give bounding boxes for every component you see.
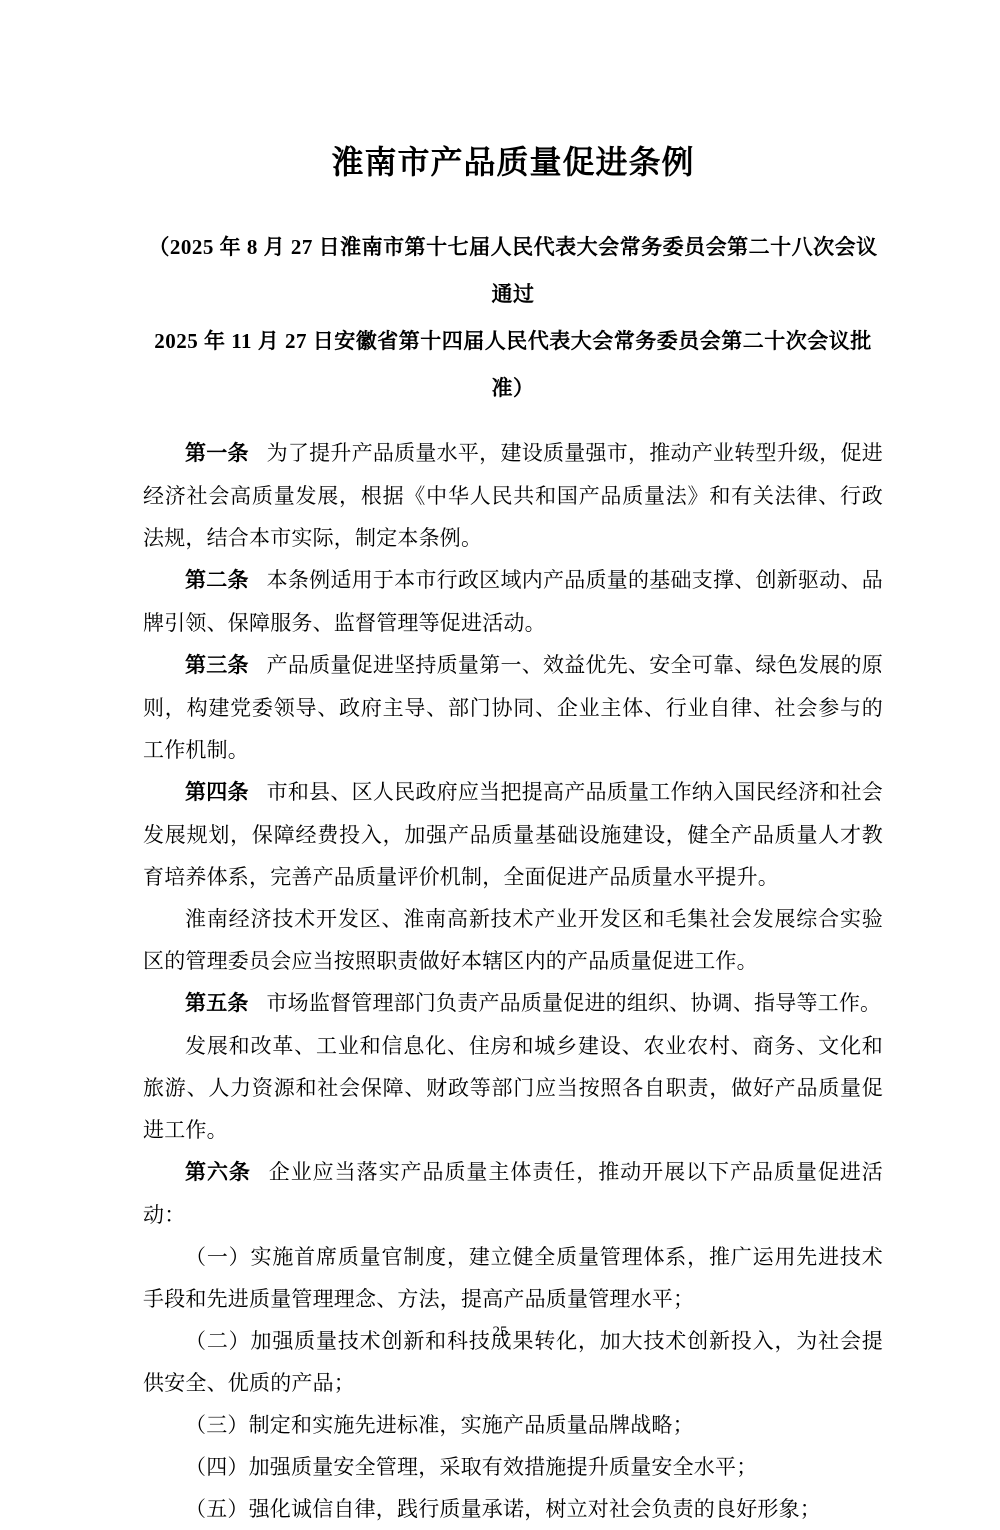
paragraph-article-4-cont: 淮南经济技术开发区、淮南高新技术产业开发区和毛集社会发展综合实验区的管理委员会应…: [143, 898, 883, 982]
article-number: 第二条: [185, 569, 249, 592]
adoption-note-line2: 2025 年 11 月 27 日安徽省第十四届人民代表大会常务委员会第二十次会议…: [143, 318, 883, 412]
paragraph-text: 市场监督管理部门负责产品质量促进的组织、协调、指导等工作。: [266, 991, 881, 1015]
paragraph-item-1: （一）实施首席质量官制度，建立健全质量管理体系，推广运用先进技术手段和先进质量管…: [143, 1236, 883, 1320]
paragraph-item-5: （五）强化诚信自律，践行质量承诺，树立对社会负责的良好形象；: [143, 1488, 883, 1530]
paragraph-text: 淮南经济技术开发区、淮南高新技术产业开发区和毛集社会发展综合实验区的管理委员会应…: [143, 907, 883, 973]
paragraph-item-4: （四）加强质量安全管理，采取有效措施提升质量安全水平；: [143, 1446, 883, 1488]
document-title: 淮南市产品质量促进条例: [143, 0, 883, 184]
paragraph-article-2: 第二条本条例适用于本市行政区域内产品质量的基础支撑、创新驱动、品牌引领、保障服务…: [143, 559, 883, 644]
article-number: 第六条: [185, 1161, 251, 1184]
paragraph-item-3: （三）制定和实施先进标准，实施产品质量品牌战略；: [143, 1404, 883, 1446]
paragraph-article-4: 第四条市和县、区人民政府应当把提高产品质量工作纳入国民经济和社会发展规划，保障经…: [143, 771, 883, 898]
article-number: 第五条: [185, 992, 249, 1015]
paragraph-text: 为了提升产品质量水平，建设质量强市，推动产业转型升级，促进经济社会高质量发展，根…: [143, 441, 883, 550]
paragraph-article-1: 第一条为了提升产品质量水平，建设质量强市，推动产业转型升级，促进经济社会高质量发…: [143, 432, 883, 559]
page-number: 25: [0, 1322, 1000, 1342]
article-number: 第四条: [185, 781, 249, 804]
text-block: 淮南市产品质量促进条例 （2025 年 8 月 27 日淮南市第十七届人民代表大…: [143, 0, 883, 1530]
article-number: 第三条: [185, 654, 249, 677]
document-page: 淮南市产品质量促进条例 （2025 年 8 月 27 日淮南市第十七届人民代表大…: [0, 0, 1000, 1415]
paragraph-text: （一）实施首席质量官制度，建立健全质量管理体系，推广运用先进技术手段和先进质量管…: [143, 1245, 883, 1311]
paragraph-text: 产品质量促进坚持质量第一、效益优先、安全可靠、绿色发展的原则，构建党委领导、政府…: [143, 653, 883, 762]
paragraph-article-5: 第五条市场监督管理部门负责产品质量促进的组织、协调、指导等工作。: [143, 982, 883, 1025]
paragraph-text: 发展和改革、工业和信息化、住房和城乡建设、农业农村、商务、文化和旅游、人力资源和…: [143, 1034, 883, 1142]
paragraph-text: 本条例适用于本市行政区域内产品质量的基础支撑、创新驱动、品牌引领、保障服务、监督…: [143, 568, 883, 635]
paragraph-text: 市和县、区人民政府应当把提高产品质量工作纳入国民经济和社会发展规划，保障经费投入…: [143, 780, 883, 889]
article-number: 第一条: [185, 442, 249, 465]
paragraph-text: （四）加强质量安全管理，采取有效措施提升质量安全水平；: [185, 1455, 757, 1479]
paragraph-article-5-cont: 发展和改革、工业和信息化、住房和城乡建设、农业农村、商务、文化和旅游、人力资源和…: [143, 1025, 883, 1151]
adoption-note-line1: （2025 年 8 月 27 日淮南市第十七届人民代表大会常务委员会第二十八次会…: [143, 224, 883, 318]
paragraph-article-3: 第三条产品质量促进坚持质量第一、效益优先、安全可靠、绿色发展的原则，构建党委领导…: [143, 644, 883, 771]
paragraph-text: 企业应当落实产品质量主体责任，推动开展以下产品质量促进活动：: [143, 1160, 883, 1227]
document-body: 第一条为了提升产品质量水平，建设质量强市，推动产业转型升级，促进经济社会高质量发…: [143, 432, 883, 1530]
paragraph-text: （五）强化诚信自律，践行质量承诺，树立对社会负责的良好形象；: [185, 1497, 821, 1521]
paragraph-text: （三）制定和实施先进标准，实施产品质量品牌战略；: [185, 1413, 694, 1437]
adoption-note: （2025 年 8 月 27 日淮南市第十七届人民代表大会常务委员会第二十八次会…: [143, 224, 883, 412]
paragraph-article-6: 第六条企业应当落实产品质量主体责任，推动开展以下产品质量促进活动：: [143, 1151, 883, 1236]
